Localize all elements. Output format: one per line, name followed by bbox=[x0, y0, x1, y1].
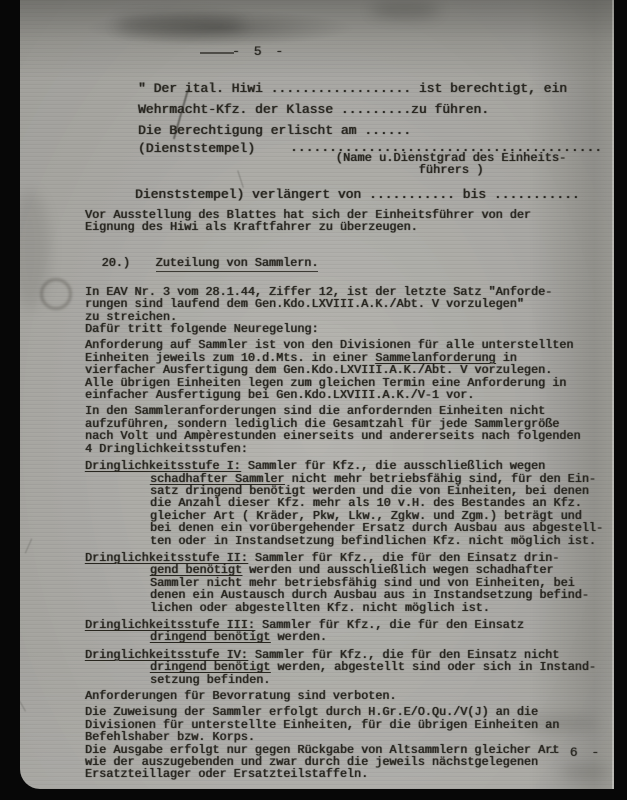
paragraph-line: nach Volt und Ampèrestunden einerseits u… bbox=[85, 430, 612, 442]
scan-smudge bbox=[370, 2, 440, 18]
text-segment: werden. bbox=[270, 630, 327, 644]
paragraph-sammler: In den Sammleranforderungen sind die anf… bbox=[85, 405, 612, 455]
underlined-text: dringend benötigt bbox=[150, 630, 270, 644]
priority-line: lichen oder abgestellten Kfz. nicht mögl… bbox=[150, 602, 612, 614]
stamp-signature-row: (Dienststempel) ........................… bbox=[138, 142, 612, 176]
priority-level-3: Dringlichkeitsstufe III: Sammler für Kfz… bbox=[150, 619, 612, 644]
paragraph-line: 4 Dringlichkeitsstufen: bbox=[85, 443, 612, 455]
paragraph-verboten: Anforderungen für Bevorratung sind verbo… bbox=[85, 690, 612, 702]
page-number-top: - 5 - bbox=[232, 44, 286, 59]
form-line: " Der ital. Hiwi .................. ist … bbox=[138, 78, 612, 99]
form-line: Die Berechtigung erlischt am ...... bbox=[138, 120, 612, 141]
permit-form-block: " Der ital. Hiwi .................. ist … bbox=[138, 78, 612, 205]
priority-level-2: Dringlichkeitsstufe II: Sammler für Kfz.… bbox=[150, 552, 612, 614]
form-line: Wehrmacht-Kfz. der Klasse .........zu fü… bbox=[138, 99, 612, 120]
paragraph-eav: In EAV Nr. 3 vom 28.1.44, Ziffer 12, ist… bbox=[85, 286, 612, 336]
paragraph-line: Eignung des Hiwi als Kraftfahrer zu über… bbox=[85, 221, 612, 233]
paragraph-line: Ersatzteillager oder Ersatzteilstaffeln. bbox=[85, 768, 612, 780]
paragraph-line: Befehlshaber bzw. Korps. bbox=[85, 731, 612, 743]
paragraph-zuweisung: Die Zuweisung der Sammler erfolgt durch … bbox=[85, 706, 612, 743]
paragraph-line: vierfacher Ausfertigung dem Gen.Kdo.LXVI… bbox=[85, 364, 612, 376]
priority-level-4: Dringlichkeitsstufe IV: Sammler für Kfz.… bbox=[150, 649, 612, 686]
priority-line: ten oder in Instandsetzung befindlichen … bbox=[150, 535, 612, 547]
section-heading: 20.)Zuteilung von Sammlern. bbox=[45, 242, 612, 284]
form-extension-line: Dienststempel) verlängert von ..........… bbox=[135, 184, 612, 205]
paragraph-line: In den Sammleranforderungen sind die anf… bbox=[85, 405, 612, 417]
paragraph-anforderung: Anforderung auf Sammler ist von den Divi… bbox=[85, 339, 612, 401]
paragraph-line: Dafür tritt folgende Neuregelung: bbox=[85, 323, 612, 335]
stamp-label: (Dienststempel) bbox=[138, 142, 290, 176]
priority-line: setzung befinden. bbox=[150, 674, 612, 686]
page-number-bottom: - 6 - bbox=[548, 745, 602, 760]
section-title: Zuteilung von Sammlern. bbox=[156, 256, 319, 272]
priority-line: die Anzahl dieser Kfz. mehr als 10 v.H. … bbox=[150, 497, 612, 509]
signature-block: ........................................… bbox=[290, 142, 612, 176]
scan-background: - 5 - " Der ital. Hiwi .................… bbox=[0, 0, 627, 800]
scan-smudge bbox=[115, 14, 245, 36]
text-segment: werden, abgestellt sind oder sich in Ins… bbox=[270, 660, 596, 674]
paragraph-line: einfacher Ausfertigung bei Gen.Kdo.LXVII… bbox=[85, 389, 612, 401]
document-page: - 5 - " Der ital. Hiwi .................… bbox=[20, 0, 614, 789]
priority-level-1: Dringlichkeitsstufe I: Sammler für Kfz.,… bbox=[150, 460, 612, 547]
paragraph-line: Die Zuweisung der Sammler erfolgt durch … bbox=[85, 706, 612, 718]
priority-line: gend benötigt werden und ausschließlich … bbox=[150, 564, 612, 576]
priority-line: dringend benötigt werden, abgestellt sin… bbox=[150, 661, 612, 673]
priority-line: bei denen ein vorübergehender Ersatz dur… bbox=[150, 522, 612, 534]
paragraph-line: Anforderungen für Bevorratung sind verbo… bbox=[85, 690, 612, 702]
document-body: " Der ital. Hiwi .................. ist … bbox=[20, 78, 612, 781]
signature-caption: führers ) bbox=[290, 165, 612, 177]
priority-line: dringend benötigt werden. bbox=[150, 631, 612, 643]
intro-paragraph: Vor Ausstellung des Blattes hat sich der… bbox=[85, 209, 612, 234]
section-number: 20.) bbox=[102, 256, 156, 270]
paragraph-ausgabe: Die Ausgabe erfolgt nur gegen Rückgabe v… bbox=[85, 744, 612, 781]
priority-line: denen ein Austausch durch Ausbau aus in … bbox=[150, 589, 612, 601]
paragraph-line: rungen sind laufend dem Gen.Kdo.LXVIII.A… bbox=[85, 298, 612, 310]
